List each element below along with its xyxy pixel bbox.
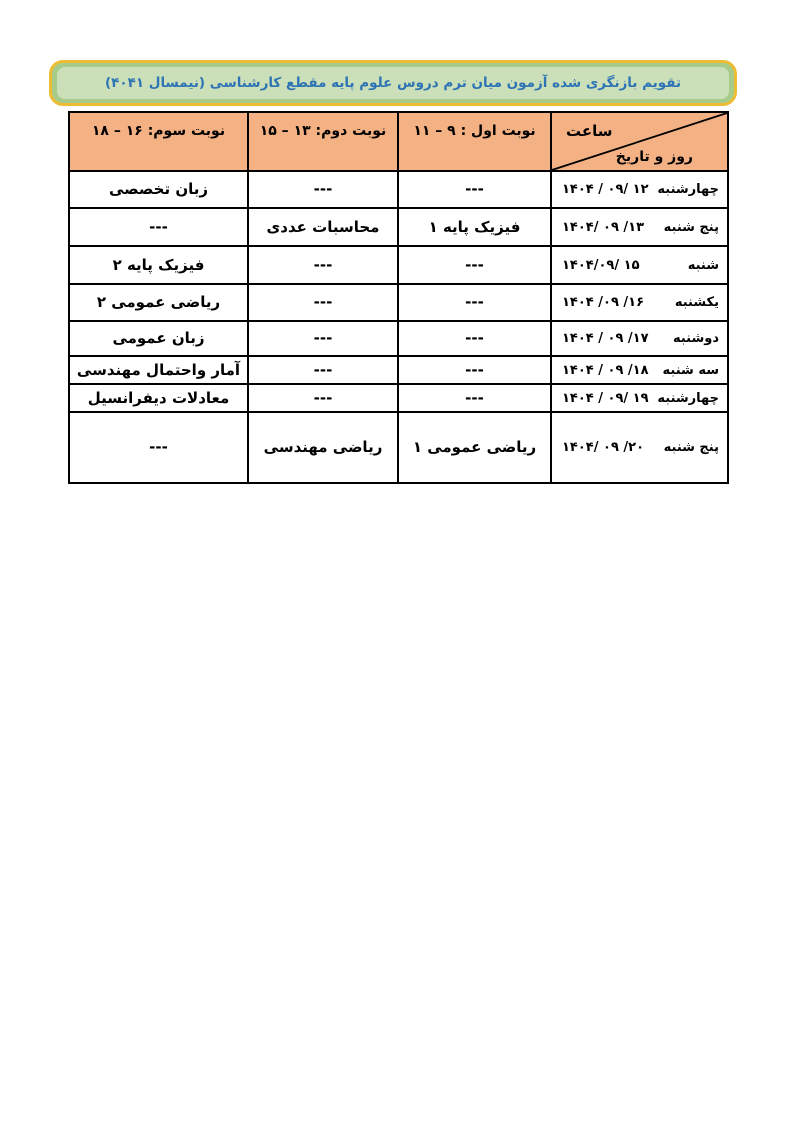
corner-label-day-date: روز و تاریخ: [616, 149, 693, 165]
shift2-subject-cell: ---: [248, 384, 398, 412]
shift2-subject-cell: ---: [248, 284, 398, 321]
shift1-subject-cell: فیزیک پایه ۱: [398, 208, 551, 246]
header-shift1: نوبت اول : ۹ – ۱۱: [398, 112, 551, 171]
date-value: ۱۴۰۴/۰۹/ ۱۵: [562, 258, 640, 273]
day-date-cell: سه شنبه ۱۴۰۴ / ۰۹ /۱۸: [551, 356, 728, 384]
day-date-cell: شنبه ۱۴۰۴/۰۹/ ۱۵: [551, 246, 728, 284]
shift1-subject-cell: ---: [398, 384, 551, 412]
table-row: چهارشنبه ۱۴۰۴ / ۰۹/ ۱۲ --- --- زبان تخصص…: [69, 171, 728, 208]
day-name: چهارشنبه: [657, 391, 719, 406]
title-banner: تقویم بازنگری شده آزمون میان ترم دروس عل…: [49, 60, 737, 106]
table-row: چهارشنبه ۱۴۰۴ / ۰۹/ ۱۹ --- --- معادلات د…: [69, 384, 728, 412]
shift2-subject-cell: ریاضی مهندسی: [248, 412, 398, 483]
table-row: یکشنبه ۱۴۰۴ /۰۹ /۱۶ --- --- ریاضی عمومی …: [69, 284, 728, 321]
table-row: پنج شنبه ۱۴۰۴/ ۰۹ /۱۳ فیزیک پایه ۱ محاسب…: [69, 208, 728, 246]
date-value: ۱۴۰۴ / ۰۹/ ۱۲: [562, 182, 649, 197]
page-title: تقویم بازنگری شده آزمون میان ترم دروس عل…: [105, 75, 681, 91]
shift3-subject-cell: زبان تخصصی: [69, 171, 248, 208]
corner-label-hour: ساعت: [566, 122, 613, 140]
shift3-subject-cell: فیزیک پایه ۲: [69, 246, 248, 284]
day-date-cell: چهارشنبه ۱۴۰۴ / ۰۹/ ۱۹: [551, 384, 728, 412]
shift1-subject-cell: ---: [398, 356, 551, 384]
shift1-subject-cell: ---: [398, 284, 551, 321]
day-name: یکشنبه: [675, 295, 719, 310]
shift1-subject-cell: ---: [398, 246, 551, 284]
table-row: سه شنبه ۱۴۰۴ / ۰۹ /۱۸ --- --- آمار واحتم…: [69, 356, 728, 384]
shift3-subject-cell: معادلات دیفرانسیل: [69, 384, 248, 412]
table-row: دوشنبه ۱۴۰۴ / ۰۹ /۱۷ --- --- زبان عمومی: [69, 321, 728, 356]
shift2-subject-cell: محاسبات عددی: [248, 208, 398, 246]
exam-schedule-table: ساعت روز و تاریخ نوبت اول : ۹ – ۱۱ نوبت …: [68, 111, 729, 484]
date-value: ۱۴۰۴/ ۰۹ /۱۳: [562, 220, 644, 235]
date-value: ۱۴۰۴/ ۰۹ /۲۰: [562, 440, 644, 455]
day-name: چهارشنبه: [657, 182, 719, 197]
day-name: سه شنبه: [663, 363, 719, 378]
day-name: شنبه: [688, 258, 719, 273]
day-date-cell: چهارشنبه ۱۴۰۴ / ۰۹/ ۱۲: [551, 171, 728, 208]
day-date-cell: پنج شنبه ۱۴۰۴/ ۰۹ /۱۳: [551, 208, 728, 246]
table-row: پنج شنبه ۱۴۰۴/ ۰۹ /۲۰ ریاضی عمومی ۱ ریاض…: [69, 412, 728, 483]
shift1-subject-cell: ---: [398, 321, 551, 356]
shift3-subject-cell: زبان عمومی: [69, 321, 248, 356]
shift3-subject-cell: آمار واحتمال مهندسی: [69, 356, 248, 384]
shift3-subject-cell: ---: [69, 208, 248, 246]
shift2-subject-cell: ---: [248, 171, 398, 208]
date-value: ۱۴۰۴ / ۰۹ /۱۸: [562, 363, 649, 378]
shift3-subject-cell: ریاضی عمومی ۲: [69, 284, 248, 321]
day-date-cell: یکشنبه ۱۴۰۴ /۰۹ /۱۶: [551, 284, 728, 321]
shift2-subject-cell: ---: [248, 321, 398, 356]
day-date-cell: دوشنبه ۱۴۰۴ / ۰۹ /۱۷: [551, 321, 728, 356]
shift2-subject-cell: ---: [248, 356, 398, 384]
day-date-cell: پنج شنبه ۱۴۰۴/ ۰۹ /۲۰: [551, 412, 728, 483]
document-page: تقویم بازنگری شده آزمون میان ترم دروس عل…: [0, 0, 794, 1123]
day-name: پنج شنبه: [664, 440, 719, 455]
date-value: ۱۴۰۴ / ۰۹/ ۱۹: [562, 391, 649, 406]
header-row: ساعت روز و تاریخ نوبت اول : ۹ – ۱۱ نوبت …: [69, 112, 728, 171]
day-name: پنج شنبه: [664, 220, 719, 235]
shift3-subject-cell: ---: [69, 412, 248, 483]
corner-header-cell: ساعت روز و تاریخ: [551, 112, 728, 171]
shift1-subject-cell: ریاضی عمومی ۱: [398, 412, 551, 483]
table-row: شنبه ۱۴۰۴/۰۹/ ۱۵ --- --- فیزیک پایه ۲: [69, 246, 728, 284]
shift1-subject-cell: ---: [398, 171, 551, 208]
date-value: ۱۴۰۴ /۰۹ /۱۶: [562, 295, 644, 310]
title-banner-inner: تقویم بازنگری شده آزمون میان ترم دروس عل…: [57, 67, 729, 99]
header-shift3: نوبت سوم: ۱۶ – ۱۸: [69, 112, 248, 171]
date-value: ۱۴۰۴ / ۰۹ /۱۷: [562, 331, 649, 346]
shift2-subject-cell: ---: [248, 246, 398, 284]
day-name: دوشنبه: [673, 331, 719, 346]
header-shift2: نوبت دوم: ۱۳ – ۱۵: [248, 112, 398, 171]
